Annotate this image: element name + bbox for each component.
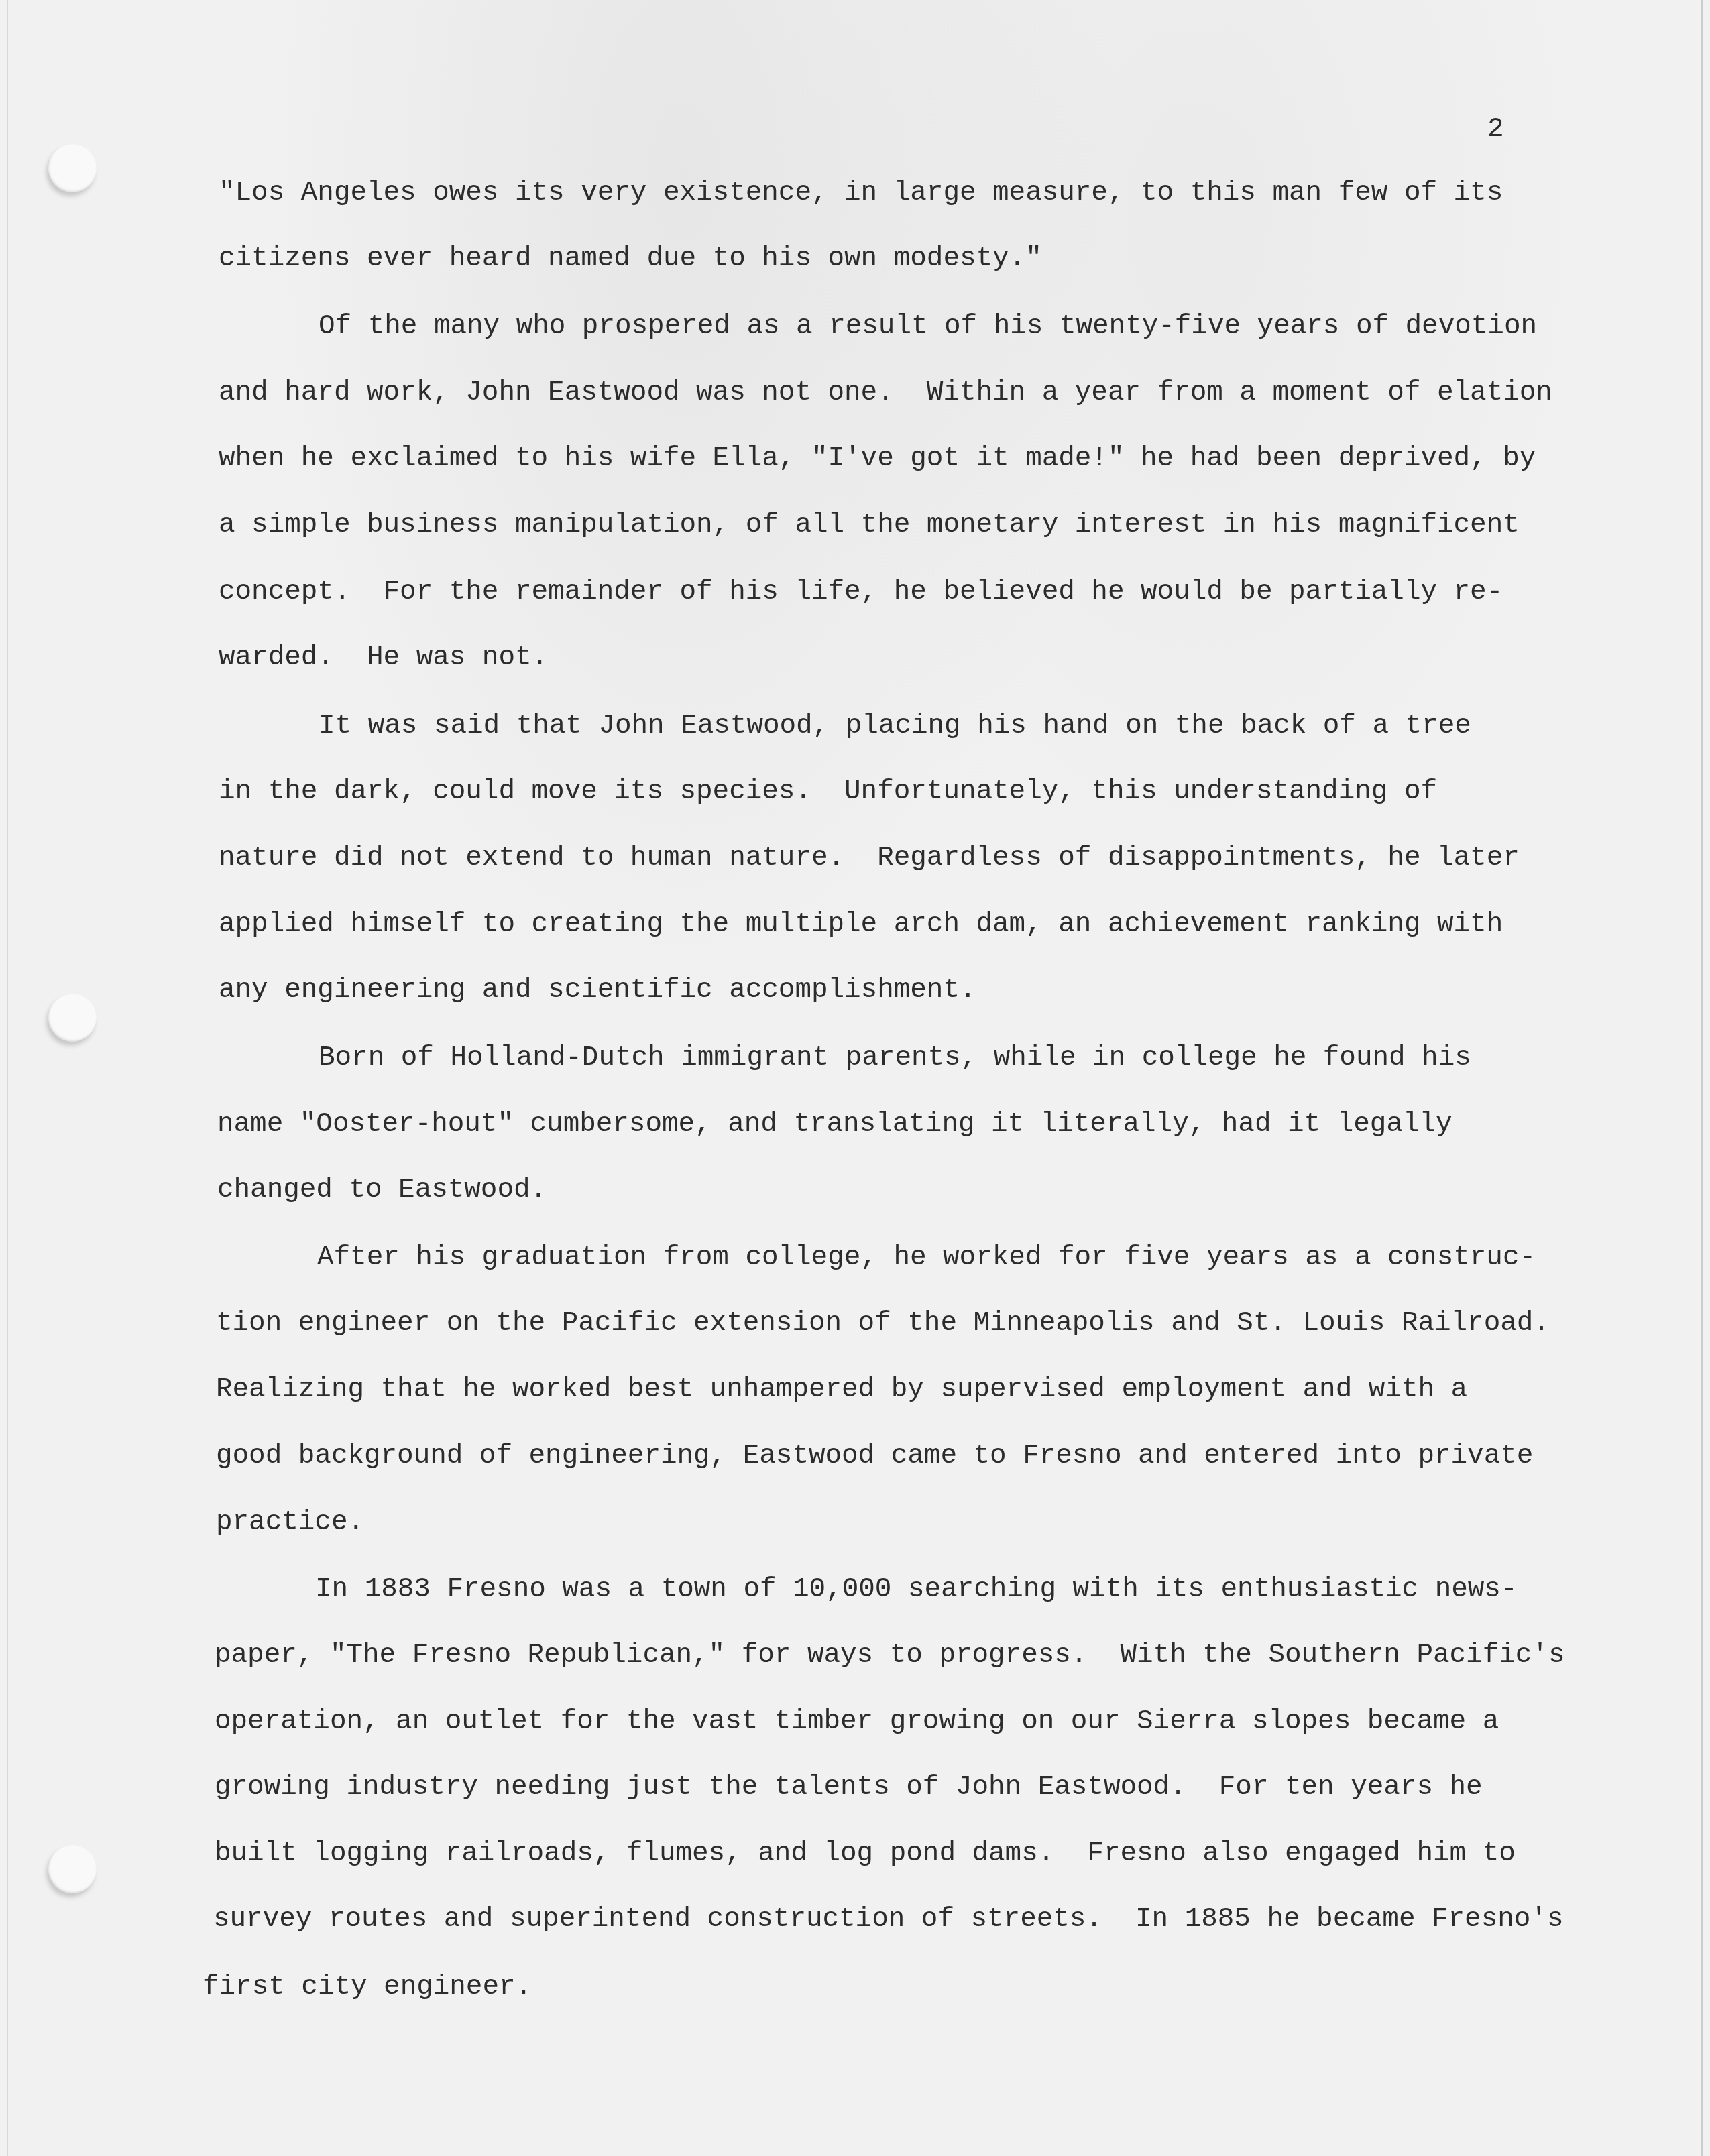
text-line: concept. For the remainder of his life, … [219, 575, 1503, 609]
text-line: in the dark, could move its species. Unf… [219, 775, 1437, 808]
text-line: practice. [216, 1506, 364, 1539]
text-line: and hard work, John Eastwood was not one… [219, 376, 1552, 410]
text-line: operation, an outlet for the vast timber… [215, 1705, 1499, 1738]
text-line: survey routes and superintend constructi… [213, 1903, 1563, 1936]
punch-hole-middle [48, 994, 97, 1042]
text-line: growing industry needing just the talent… [215, 1771, 1483, 1804]
page-left-edge [7, 0, 8, 2156]
text-line: "Los Angeles owes its very existence, in… [219, 176, 1503, 210]
page-number: 2 [1487, 113, 1504, 146]
text-line: It was said that John Eastwood, placing … [319, 709, 1471, 743]
punch-hole-top [48, 144, 97, 192]
text-line: After his graduation from college, he wo… [317, 1241, 1536, 1274]
text-line: tion engineer on the Pacific extension o… [216, 1307, 1550, 1340]
text-line: first city engineer. [203, 1970, 532, 2004]
document-page: 2 "Los Angeles owes its very existence, … [0, 0, 1710, 2156]
text-line: In 1883 Fresno was a town of 10,000 sear… [315, 1573, 1517, 1606]
text-line: when he exclaimed to his wife Ella, "I'v… [219, 442, 1536, 475]
text-line: Born of Holland-Dutch immigrant parents,… [319, 1041, 1471, 1075]
text-line: paper, "The Fresno Republican," for ways… [215, 1638, 1564, 1672]
text-line: changed to Eastwood. [217, 1173, 547, 1207]
text-line: citizens ever heard named due to his own… [219, 242, 1042, 276]
punch-hole-bottom [48, 1845, 97, 1893]
text-line: name "Ooster-hout" cumbersome, and trans… [217, 1107, 1452, 1141]
page-right-edge [1701, 0, 1703, 2156]
text-line: applied himself to creating the multiple… [219, 908, 1503, 941]
text-line: good background of engineering, Eastwood… [216, 1439, 1533, 1473]
text-line: any engineering and scientific accomplis… [219, 973, 976, 1007]
text-line: a simple business manipulation, of all t… [219, 508, 1520, 542]
text-line: warded. He was not. [219, 641, 548, 674]
text-line: built logging railroads, flumes, and log… [215, 1837, 1516, 1870]
text-line: Realizing that he worked best unhampered… [216, 1373, 1467, 1406]
text-line: nature did not extend to human nature. R… [219, 841, 1520, 875]
text-line: Of the many who prospered as a result of… [319, 310, 1537, 343]
